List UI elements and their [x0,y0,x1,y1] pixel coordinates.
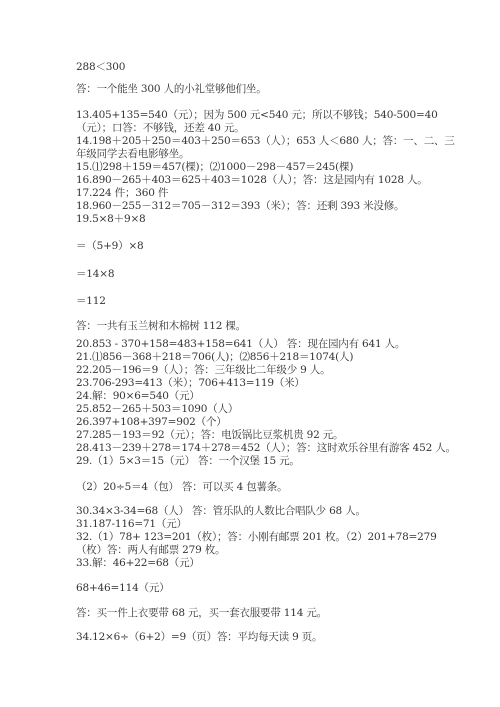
problem-14: 14.198＋205＋250＝403＋250＝653（人）；653 人＜680 … [76,135,455,148]
problem-32: 32.（1）78+ 123=201（枚）；答：小刚有邮票 201 枚。（2）20… [76,531,437,544]
problem-27: 27.285－193＝92（元）；答：电饭锅比豆浆机贵 92 元。 [76,429,343,442]
problem-24: 24.解：90×6=540（元） [76,390,200,403]
problem-34: 34.12×6÷（6+2）=9（页）答：平均每天读 9 页。 [76,631,322,644]
problem-23: 23.706-293=413（米）；706+413=119（米） [76,377,305,390]
problem-19-step-1: ＝（5+9）×8 [76,240,144,253]
problem-32-cont: （枚）答：两人有邮票 279 枚。 [76,544,225,557]
problem-19: 19.5×8＋9×8 [76,213,146,226]
problem-17: 17.224 件；360 件 [76,187,168,200]
problem-20: 20.853 - 370+158=483+158=641（人） 答：现在园内有 … [76,338,405,351]
problem-29-part-1: 29.（1）5×3＝15（元） 答：一个汉堡 15 元。 [76,455,300,468]
problem-26: 26.397+108+397=902（个） [76,416,227,429]
problem-33-step: 68+46=114（元） [76,582,169,595]
problem-33-answer: 答：买一件上衣要带 68 元，买一套衣服要带 114 元。 [76,607,327,620]
problem-19-step-3: ＝112 [76,295,106,308]
problem-21: 21.⑴856－368＋218＝706(人)；⑵856＋218＝1074(人) [76,351,353,364]
problem-15: 15.⑴298＋159＝457(棵)；⑵1000－298－457＝245(棵) [76,161,353,174]
problem-18: 18.960－255－312＝705－312＝393（米）；答：还剩 393 米… [76,200,404,213]
problem-28: 28.413－239＋278＝174＋278＝452（人）；答：这时欢乐谷里有游… [76,442,456,455]
text-line: 288＜300 [76,61,125,74]
answer-line: 答：一个能坐 300 人的小礼堂够他们坐。 [76,83,267,96]
problem-25: 25.852－265＋503＝1090（人） [76,403,238,416]
problem-30: 30.34×3-34=68（人） 答：管乐队的人数比合唱队少 68 人。 [76,505,366,518]
problem-19-step-2: ＝14×8 [76,268,114,281]
problem-16: 16.890－265＋403＝625＋403＝1028（人）；答：这是园内有 1… [76,174,428,187]
problem-31: 31.187-116=71（元） [76,518,187,531]
problem-22: 22.205－196＝9（人）；答：三年级比二年级少 9 人。 [76,364,330,377]
problem-14-cont: 年级同学去看电影够坐。 [76,148,189,161]
problem-13: 13.405+135=540（元）；因为 500 元<540 元；所以不够钱；5… [76,109,438,122]
problem-33: 33.解：46+22=68（元） [76,557,200,570]
problem-13-cont: （元）；口答：不够钱，还差 40 元。 [76,122,245,135]
problem-29-part-2: （2）20÷5＝4（包） 答：可以买 4 包薯条。 [76,481,287,494]
problem-19-answer: 答：一共有玉兰树和木棉树 112 棵。 [76,320,246,333]
